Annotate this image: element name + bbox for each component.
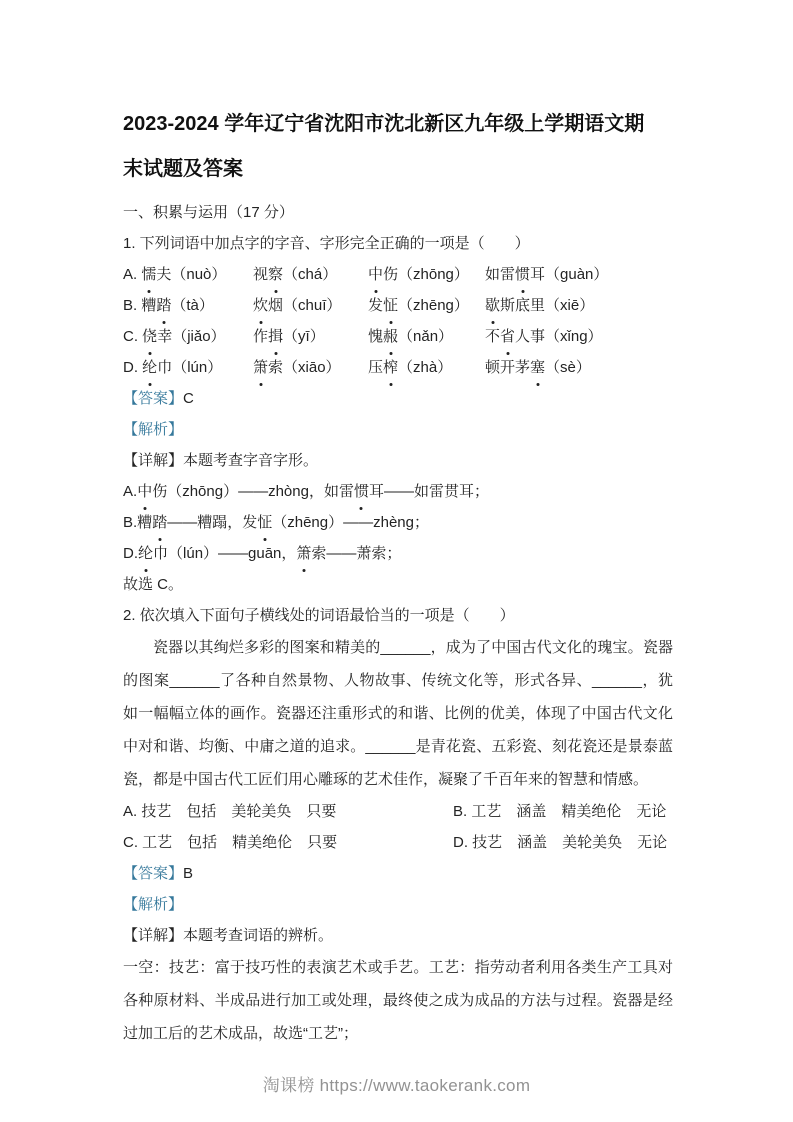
option-cell: 不省人事（xǐng）	[485, 321, 673, 352]
dotted-char: 踏	[152, 507, 167, 538]
dotted-char: 榨	[383, 352, 398, 383]
question-1-option-row-d: D. 纶巾（lún） 箫索（xiāo） 压榨（zhà） 顿开茅塞（sè）	[123, 352, 673, 383]
document-content: 2023-2024 学年辽宁省沈阳市沈北新区九年级上学期语文期 末试题及答案 一…	[123, 102, 673, 1050]
analysis-tag: 【解析】	[123, 896, 183, 913]
option-cell: B. 工艺 涵盖 精美绝伦 无论	[453, 796, 673, 827]
dotted-char: 赧	[383, 321, 398, 352]
text-segment: 索（xiāo）	[268, 359, 341, 376]
question-2-detail-line: 【详解】本题考查词语的辨析。	[123, 920, 673, 951]
option-cell: 压榨（zhà）	[368, 352, 485, 383]
dotted-char: 中	[368, 259, 383, 290]
text-segment: 伤（zhōng）——zhòng，如雷	[152, 483, 354, 500]
text-segment: 愧	[368, 328, 383, 345]
option-cell: 炊烟（chuī）	[253, 290, 368, 321]
explanation-line: D.纶巾（lún）——guān，箫索——萧索；	[123, 538, 673, 569]
explanation-line: B.糟踏——糟蹋，发怔（zhēng）——zhèng；	[123, 507, 673, 538]
document-title-line1: 2023-2024 学年辽宁省沈阳市沈北新区九年级上学期语文期	[123, 102, 673, 147]
text-segment: 人事（xǐng）	[515, 328, 603, 345]
question-2-passage: 瓷器以其绚烂多彩的图案和精美的______，成为了中国古代文化的瑰宝。瓷器的图案…	[123, 631, 673, 796]
dotted-char: 揖	[268, 321, 283, 352]
dotted-char: 怔	[257, 507, 272, 538]
dotted-char: 塞	[530, 352, 545, 383]
question-2-answer-line: 【答案】B	[123, 858, 673, 889]
question-2: 2. 依次填入下面句子横线处的词语最恰当的一项是（ ） 瓷器以其绚烂多彩的图案和…	[123, 600, 673, 1050]
text-segment: （zhà）	[398, 359, 452, 376]
analysis-tag: 【解析】	[123, 421, 183, 438]
option-cell: 歇斯底里（xiē）	[485, 290, 673, 321]
text-segment: A.	[123, 266, 141, 283]
text-segment: （zhēng）	[398, 297, 469, 314]
question-1-option-row-b: B. 糟踏（tà） 炊烟（chuī） 发怔（zhēng） 歇斯底里（xiē）	[123, 290, 673, 321]
dotted-char: 惯	[515, 259, 530, 290]
text-segment: B.糟	[123, 514, 152, 531]
answer-value: B	[183, 865, 193, 882]
detail-tag: 【详解】	[123, 927, 183, 944]
answer-value: C	[183, 390, 194, 407]
detail-text: 本题考查字音字形。	[183, 452, 318, 469]
dotted-char: 怔	[383, 290, 398, 321]
text-segment: 伤（zhōng）	[383, 266, 469, 283]
dotted-char: 箫	[296, 538, 311, 569]
conclusion-line: 故选 C。	[123, 569, 673, 600]
option-cell: C. 侥幸（jiǎo）	[123, 321, 253, 352]
text-segment: 压	[368, 359, 383, 376]
text-segment: 不	[485, 328, 500, 345]
dotted-char: 省	[500, 321, 515, 352]
footer-text: 淘课榜 https://www.taokerank.com	[263, 1076, 531, 1095]
dotted-char: 侥	[142, 321, 157, 352]
question-1-option-row-c: C. 侥幸（jiǎo） 作揖（yī） 愧赧（nǎn） 不省人事（xǐng）	[123, 321, 673, 352]
option-cell: 愧赧（nǎn）	[368, 321, 485, 352]
text-segment: 作	[253, 328, 268, 345]
option-cell: A. 技艺 包括 美轮美奂 只要	[123, 796, 453, 827]
text-segment: 巾（lún）——guān，	[153, 545, 296, 562]
dotted-char: 纶	[138, 538, 153, 569]
text-segment: 索——萧索；	[311, 545, 401, 562]
text-segment: （yī）	[283, 328, 325, 345]
option-cell: 如雷惯耳（guàn）	[485, 259, 673, 290]
dotted-char: 歇	[485, 290, 500, 321]
text-segment: （chá）	[283, 266, 337, 283]
explanation-line: A.中伤（zhōng）——zhòng，如雷惯耳——如雷贯耳；	[123, 476, 673, 507]
text-segment: 耳（guàn）	[530, 266, 608, 283]
option-cell: 发怔（zhēng）	[368, 290, 485, 321]
text-segment: （zhēng）——zhèng；	[272, 514, 429, 531]
text-segment: 顿开茅	[485, 359, 530, 376]
detail-text: 本题考查词语的辨析。	[183, 927, 333, 944]
option-cell: D. 技艺 涵盖 美轮美奂 无论	[453, 827, 673, 858]
text-segment: D.	[123, 359, 142, 376]
option-cell: C. 工艺 包括 精美绝伦 只要	[123, 827, 453, 858]
dotted-char: 懦	[141, 259, 156, 290]
dotted-char: 中	[137, 476, 152, 507]
detail-tag: 【详解】	[123, 452, 183, 469]
dotted-char: 惯	[354, 476, 369, 507]
option-cell: B. 糟踏（tà）	[123, 290, 253, 321]
text-segment: 发	[368, 297, 383, 314]
text-segment: 如雷	[485, 266, 515, 283]
option-cell: A. 懦夫（nuò）	[123, 259, 253, 290]
question-2-option-row-2: C. 工艺 包括 精美绝伦 只要 D. 技艺 涵盖 美轮美奂 无论	[123, 827, 673, 858]
dotted-char: 察	[268, 259, 283, 290]
question-1-detail-line: 【详解】本题考查字音字形。	[123, 445, 673, 476]
text-segment: （tà）	[171, 297, 214, 314]
text-segment: 夫（nuò）	[156, 266, 226, 283]
answer-tag: 【答案】	[123, 865, 183, 882]
document-page: 2023-2024 学年辽宁省沈阳市沈北新区九年级上学期语文期 末试题及答案 一…	[0, 0, 793, 1122]
option-cell: 箫索（xiāo）	[253, 352, 368, 383]
section-heading: 一、积累与运用（17 分）	[123, 197, 673, 228]
question-1-analysis-line: 【解析】	[123, 414, 673, 445]
document-title-line2: 末试题及答案	[123, 147, 673, 192]
text-segment: 斯底里（xiē）	[500, 297, 594, 314]
question-2-analysis-line: 【解析】	[123, 889, 673, 920]
option-cell: 作揖（yī）	[253, 321, 368, 352]
question-2-explanation: 一空：技艺：富于技巧性的表演艺术或手艺。工艺：指劳动者利用各类生产工具对各种原材…	[123, 951, 673, 1050]
text-segment: ——糟蹋，发	[167, 514, 257, 531]
question-2-stem: 2. 依次填入下面句子横线处的词语最恰当的一项是（ ）	[123, 600, 673, 631]
option-cell: D. 纶巾（lún）	[123, 352, 253, 383]
question-1: 1. 下列词语中加点字的字音、字形完全正确的一项是（ ） A. 懦夫（nuò） …	[123, 228, 673, 600]
text-segment: 烟（chuī）	[268, 297, 341, 314]
text-segment: D.	[123, 545, 138, 562]
document-title: 2023-2024 学年辽宁省沈阳市沈北新区九年级上学期语文期 末试题及答案	[123, 102, 673, 192]
dotted-char: 踏	[156, 290, 171, 321]
dotted-char: 炊	[253, 290, 268, 321]
text-segment: 耳——如雷贯耳；	[369, 483, 489, 500]
text-segment: A.	[123, 483, 137, 500]
text-segment: C.	[123, 328, 142, 345]
question-1-answer-line: 【答案】C	[123, 383, 673, 414]
text-segment: 幸（jiǎo）	[157, 328, 225, 345]
text-segment: 糟	[141, 297, 156, 314]
dotted-char: 纶	[142, 352, 157, 383]
text-segment: （sè）	[545, 359, 591, 376]
question-1-stem: 1. 下列词语中加点字的字音、字形完全正确的一项是（ ）	[123, 228, 673, 259]
watermark-footer: 淘课榜 https://www.taokerank.com	[0, 1071, 793, 1096]
question-1-option-row-a: A. 懦夫（nuò） 视察（chá） 中伤（zhōng） 如雷惯耳（guàn）	[123, 259, 673, 290]
text-segment: （nǎn）	[398, 328, 453, 345]
option-cell: 中伤（zhōng）	[368, 259, 485, 290]
answer-tag: 【答案】	[123, 390, 183, 407]
text-segment: B.	[123, 297, 141, 314]
text-segment: 视	[253, 266, 268, 283]
dotted-char: 箫	[253, 352, 268, 383]
text-segment: 巾（lún）	[157, 359, 222, 376]
option-cell: 视察（chá）	[253, 259, 368, 290]
option-cell: 顿开茅塞（sè）	[485, 352, 673, 383]
question-2-option-row-1: A. 技艺 包括 美轮美奂 只要 B. 工艺 涵盖 精美绝伦 无论	[123, 796, 673, 827]
